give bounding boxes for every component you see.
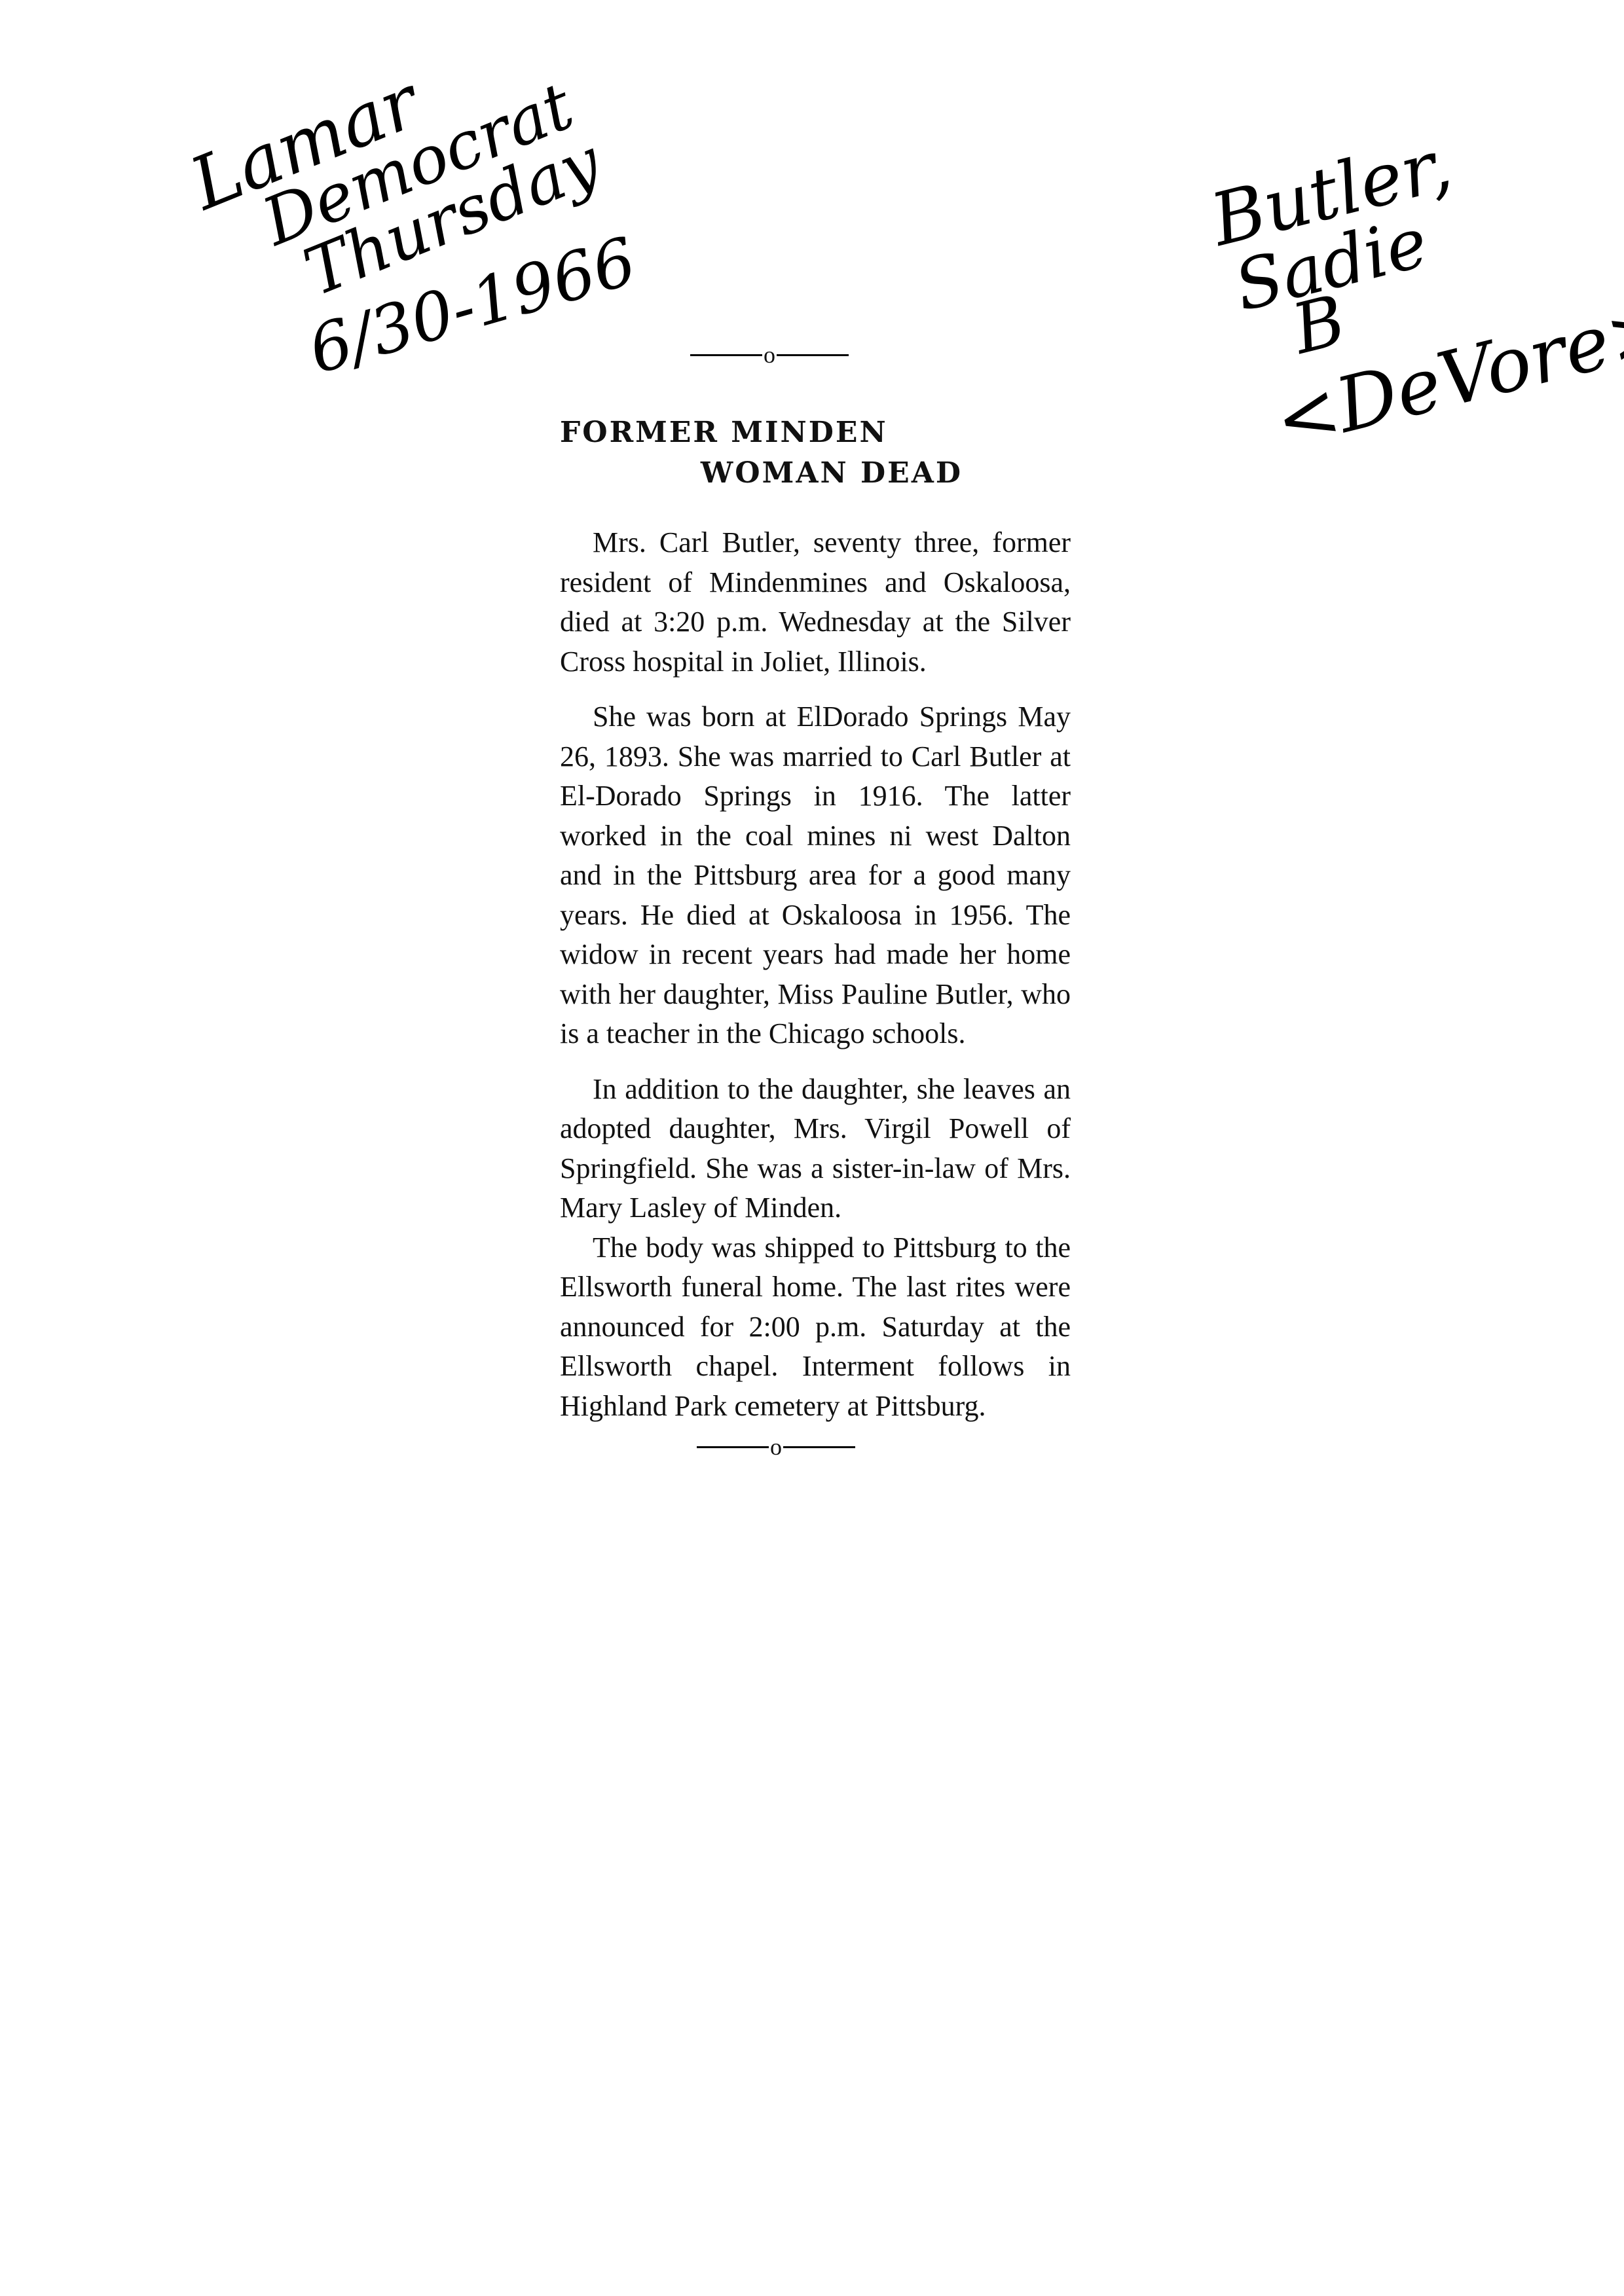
divider-ornament: o <box>770 1434 782 1460</box>
article-paragraph: She was born at ElDorado Springs May 26,… <box>560 697 1071 1054</box>
headline-line-2: WOMAN DEAD <box>560 453 1077 494</box>
headline-line-1: FORMER MINDEN <box>560 412 1077 453</box>
article-paragraph: Mrs. Carl Butler, seventy three, former … <box>560 523 1071 682</box>
article-paragraph: The body was shipped to Pittsburg to the… <box>560 1228 1071 1427</box>
article-paragraph: In addition to the daughter, she leaves … <box>560 1070 1071 1228</box>
article-body: Mrs. Carl Butler, seventy three, former … <box>560 523 1071 1426</box>
bottom-divider: o <box>612 1432 940 1459</box>
newspaper-clipping: o FORMER MINDEN WOMAN DEAD Mrs. Carl But… <box>560 340 1077 1459</box>
divider-ornament: o <box>764 342 775 368</box>
handwritten-name-note: Butler, Sadie B <DeVore> <box>1192 86 1624 466</box>
top-divider: o <box>606 340 933 367</box>
article-headline: FORMER MINDEN WOMAN DEAD <box>560 412 1077 494</box>
